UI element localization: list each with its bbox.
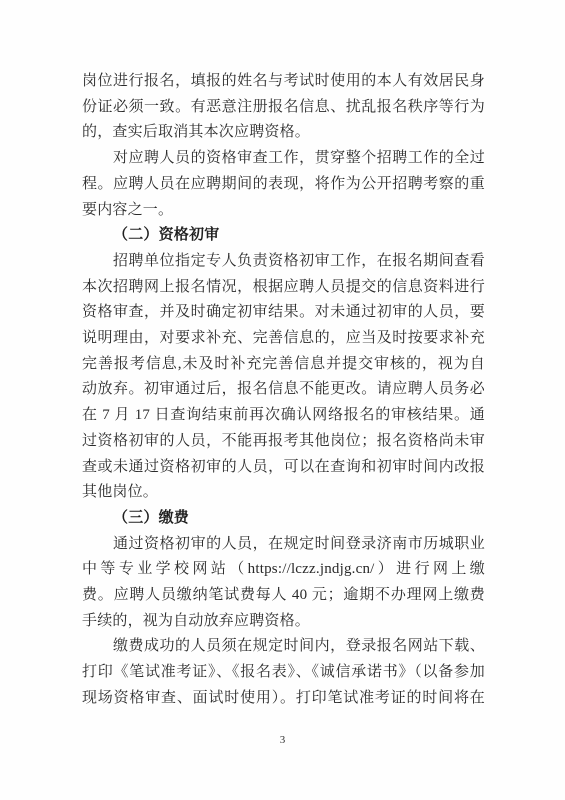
text-line: 过资格初审的人员，不能再报考其他岗位；报名资格尚未审 <box>82 429 485 455</box>
text-line: 完善报考信息,未及时补充完善信息并提交审核的，视为自 <box>82 352 485 378</box>
text-line: 程。应聘人员在应聘期间的表现，将作为公开招聘考察的重 <box>82 172 485 198</box>
text-line: 费。应聘人员缴纳笔试费每人 40 元；逾期不办理网上缴费 <box>82 583 485 609</box>
text-line: 要内容之一。 <box>82 198 485 224</box>
text-line: 本次招聘网上报名情况，根据应聘人员提交的信息资料进行 <box>82 275 485 301</box>
text-line: 手续的，视为自动放弃应聘资格。 <box>82 609 485 635</box>
document-body: 岗位进行报名，填报的姓名与考试时使用的本人有效居民身份证必须一致。有恶意注册报名… <box>82 69 485 712</box>
section-heading: （二）资格初审 <box>82 223 485 249</box>
text-line: 通过资格初审的人员，在规定时间登录济南市历城职业 <box>82 532 485 558</box>
page-number: 3 <box>0 734 565 746</box>
text-line: 中等专业学校网站（https://lczz.jndjg.cn/）进行网上缴 <box>82 557 485 583</box>
text-line: 动放弃。初审通过后，报名信息不能更改。请应聘人员务必 <box>82 377 485 403</box>
text-line: 打印《笔试准考证》、《报名表》、《诚信承诺书》（以备参加 <box>82 660 485 686</box>
text-line: 的，查实后取消其本次应聘资格。 <box>82 120 485 146</box>
text-line: 缴费成功的人员须在规定时间内，登录报名网站下载、 <box>82 634 485 660</box>
text-line: 岗位进行报名，填报的姓名与考试时使用的本人有效居民身 <box>82 69 485 95</box>
text-line: 对应聘人员的资格审查工作，贯穿整个招聘工作的全过 <box>82 146 485 172</box>
text-line: 其他岗位。 <box>82 480 485 506</box>
document-page: 岗位进行报名，填报的姓名与考试时使用的本人有效居民身份证必须一致。有恶意注册报名… <box>0 0 565 800</box>
text-line: 说明理由，对要求补充、完善信息的，应当及时按要求补充 <box>82 326 485 352</box>
text-line: 查或未通过资格初审的人员，可以在查询和初审时间内改报 <box>82 455 485 481</box>
text-line: 在 7 月 17 日查询结束前再次确认网络报名的审核结果。通 <box>82 403 485 429</box>
section-heading: （三）缴费 <box>82 506 485 532</box>
text-line: 招聘单位指定专人负责资格初审工作，在报名期间查看 <box>82 249 485 275</box>
text-line: 份证必须一致。有恶意注册报名信息、扰乱报名秩序等行为 <box>82 95 485 121</box>
text-line: 现场资格审查、面试时使用）。打印笔试准考证的时间将在 <box>82 686 485 712</box>
text-line: 资格审查，并及时确定初审结果。对未通过初审的人员，要 <box>82 300 485 326</box>
